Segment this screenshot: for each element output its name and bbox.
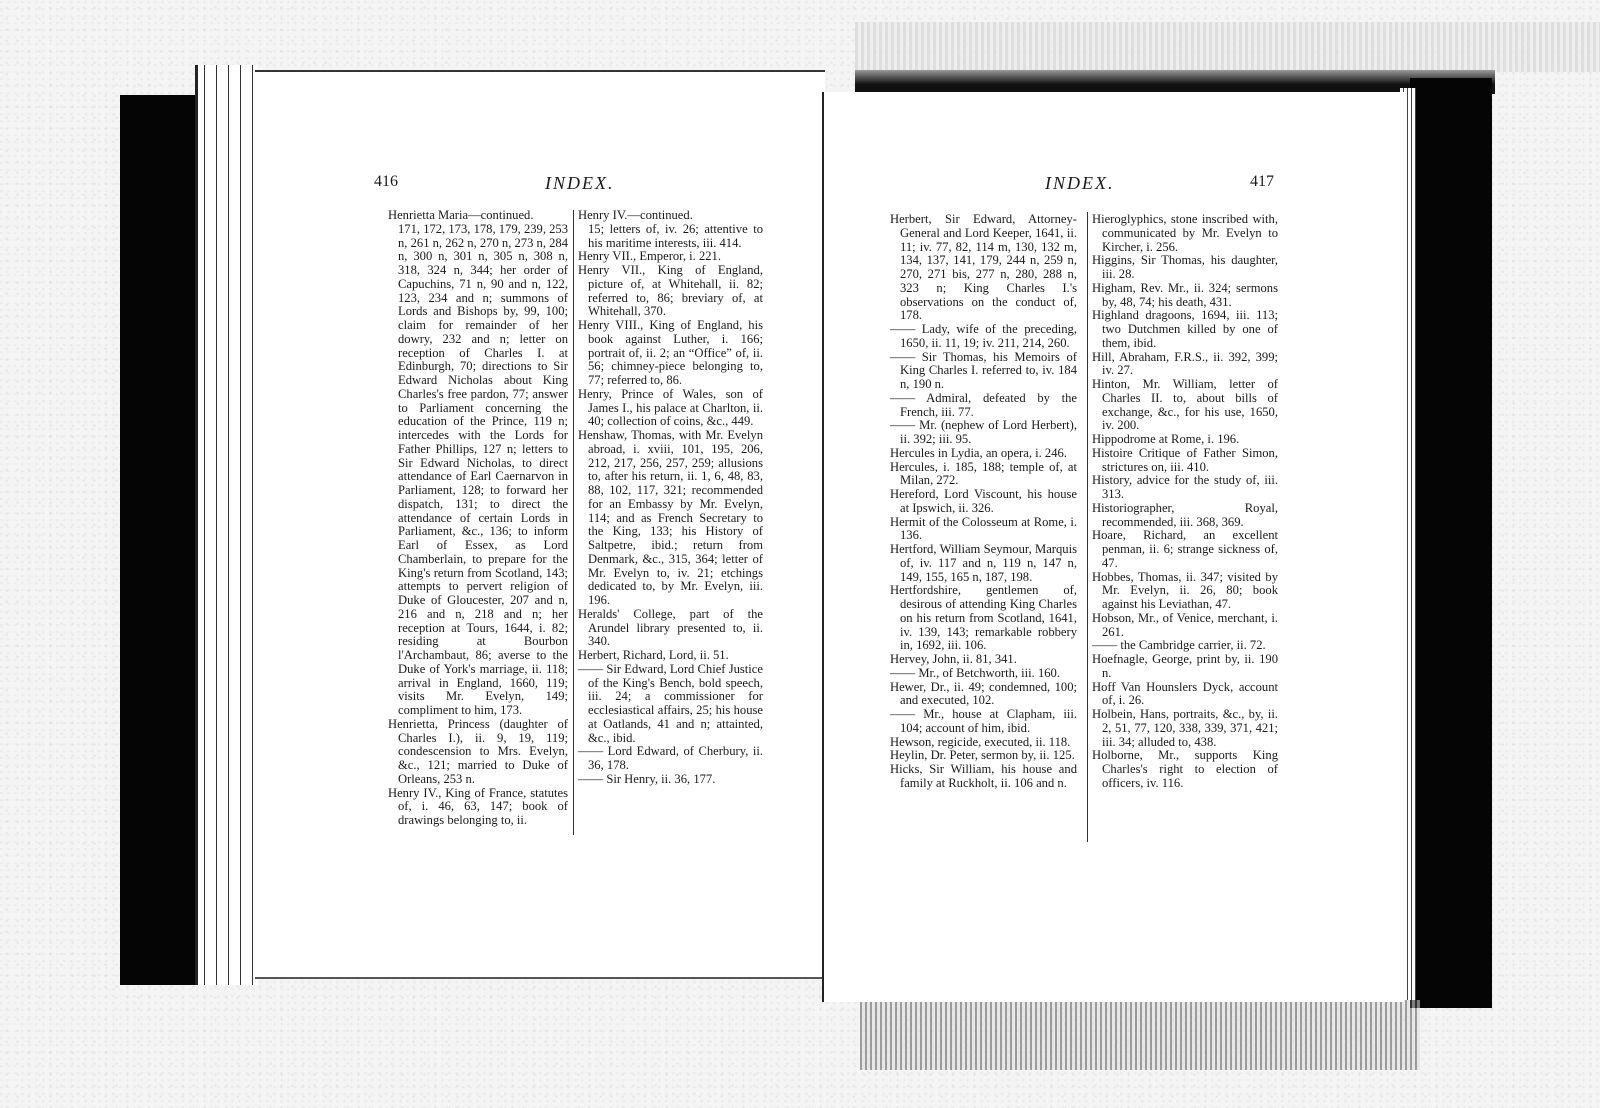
index-entry: Hobson, Mr., of Venice, merchant, i. 261… xyxy=(1092,612,1278,640)
right-page-column-2: Hieroglyphics, stone inscribed with, com… xyxy=(1092,213,1278,791)
index-entry: Hobbes, Thomas, ii. 347; visited by Mr. … xyxy=(1092,571,1278,612)
index-entry: Henry IV.—continued. xyxy=(578,209,763,223)
index-entry: Henry IV., King of France, statutes of, … xyxy=(388,787,568,828)
book-cover-right xyxy=(1410,78,1492,1008)
index-entry: Henry, Prince of Wales, son of James I.,… xyxy=(578,388,763,429)
index-entry: Highland dragoons, 1694, iii. 113; two D… xyxy=(1092,309,1278,350)
left-running-head: INDEX. xyxy=(545,173,615,194)
index-entry: Hereford, Lord Viscount, his house at Ip… xyxy=(890,488,1077,516)
right-page-column-1: Herbert, Sir Edward, Attorney-General an… xyxy=(890,213,1077,791)
index-entry: —— Mr., of Betchworth, iii. 160. xyxy=(890,667,1077,681)
index-entry: —— Lord Edward, of Cherbury, ii. 36, 178… xyxy=(578,745,763,773)
index-entry: Higgins, Sir Thomas, his daughter, iii. … xyxy=(1092,254,1278,282)
index-entry: Henrietta, Princess (daughter of Charles… xyxy=(388,718,568,787)
index-entry: Hercules, i. 185, 188; temple of, at Mil… xyxy=(890,461,1077,489)
index-entry: Hicks, Sir William, his house and family… xyxy=(890,763,1077,791)
index-entry: Herbert, Richard, Lord, ii. 51. xyxy=(578,649,763,663)
index-entry: Holbein, Hans, portraits, &c., by, ii. 2… xyxy=(1092,708,1278,749)
index-entry: Hertford, William Seymour, Marquis of, i… xyxy=(890,543,1077,584)
index-entry: Henry VII., King of England, picture of,… xyxy=(578,264,763,319)
scan-top-noise xyxy=(855,22,1600,72)
index-entry: Hercules in Lydia, an opera, i. 246. xyxy=(890,447,1077,461)
index-entry: —— the Cambridge carrier, ii. 72. xyxy=(1092,639,1278,653)
index-entry: Hertfordshire, gentlemen of, desirous of… xyxy=(890,584,1077,653)
index-entry: Henry VIII., King of England, his book a… xyxy=(578,319,763,388)
index-entry: History, advice for the study of, iii. 3… xyxy=(1092,474,1278,502)
index-entry: —— Admiral, defeated by the French, iii.… xyxy=(890,392,1077,420)
index-entry: Henrietta Maria—continued. xyxy=(388,209,568,223)
index-entry: Higham, Rev. Mr., ii. 324; sermons by, 4… xyxy=(1092,282,1278,310)
column-rule-right xyxy=(1087,212,1088,842)
index-entry: Holborne, Mr., supports King Charles's r… xyxy=(1092,749,1278,790)
index-entry: Hinton, Mr. William, letter of Charles I… xyxy=(1092,378,1278,433)
index-entry: —— Mr., house at Clapham, iii. 104; acco… xyxy=(890,708,1077,736)
index-entry: Henshaw, Thomas, with Mr. Evelyn abroad,… xyxy=(578,429,763,608)
index-entry: Heralds' College, part of the Arundel li… xyxy=(578,608,763,649)
left-page-column-1: Henrietta Maria—continued. 171, 172, 173… xyxy=(388,209,568,828)
index-entry: Hewer, Dr., ii. 49; condemned, 100; and … xyxy=(890,681,1077,709)
index-entry: Hippodrome at Rome, i. 196. xyxy=(1092,433,1278,447)
index-entry: —— Lady, wife of the preceding, 1650, ii… xyxy=(890,323,1077,351)
scan-bottom-noise xyxy=(860,1000,1420,1070)
index-entry: Hoefnagle, George, print by, ii. 190 n. xyxy=(1092,653,1278,681)
page-edges-left xyxy=(195,65,258,985)
index-entry: —— Mr. (nephew of Lord Herbert), ii. 392… xyxy=(890,419,1077,447)
index-entry: Hervey, John, ii. 81, 341. xyxy=(890,653,1077,667)
index-entry: Hill, Abraham, F.R.S., ii. 392, 399; iv.… xyxy=(1092,351,1278,379)
index-entry: Histoire Critique of Father Simon, stric… xyxy=(1092,447,1278,475)
index-entry: Herbert, Sir Edward, Attorney-General an… xyxy=(890,213,1077,323)
index-entry: Heylin, Dr. Peter, sermon by, ii. 125. xyxy=(890,749,1077,763)
index-entry: Hoare, Richard, an excellent penman, ii.… xyxy=(1092,529,1278,570)
left-page-number: 416 xyxy=(374,173,398,191)
right-running-head: INDEX. xyxy=(1045,173,1115,194)
index-entry: —— Sir Thomas, his Memoirs of King Charl… xyxy=(890,351,1077,392)
index-entry: Hieroglyphics, stone inscribed with, com… xyxy=(1092,213,1278,254)
index-entry: 171, 172, 173, 178, 179, 239, 253 n, 261… xyxy=(388,223,568,718)
index-entry: Historiographer, Royal, recommended, iii… xyxy=(1092,502,1278,530)
entry-heading: Henrietta Maria—continued. xyxy=(388,208,533,222)
index-entry: —— Sir Henry, ii. 36, 177. xyxy=(578,773,763,787)
book-cover-top-edge xyxy=(855,70,1495,94)
index-entry: Hermit of the Colosseum at Rome, i. 136. xyxy=(890,516,1077,544)
index-entry: Hoff Van Hounslers Dyck, account of, i. … xyxy=(1092,681,1278,709)
index-entry: 15; letters of, iv. 26; attentive to his… xyxy=(578,223,763,251)
index-entry: Henry VII., Emperor, i. 221. xyxy=(578,250,763,264)
index-entry: Hewson, regicide, executed, ii. 118. xyxy=(890,736,1077,750)
column-rule-left xyxy=(573,210,574,835)
right-page-number: 417 xyxy=(1250,173,1274,191)
left-page-column-2: Henry IV.—continued. 15; letters of, iv.… xyxy=(578,209,763,787)
index-entry: —— Sir Edward, Lord Chief Justice of the… xyxy=(578,663,763,746)
